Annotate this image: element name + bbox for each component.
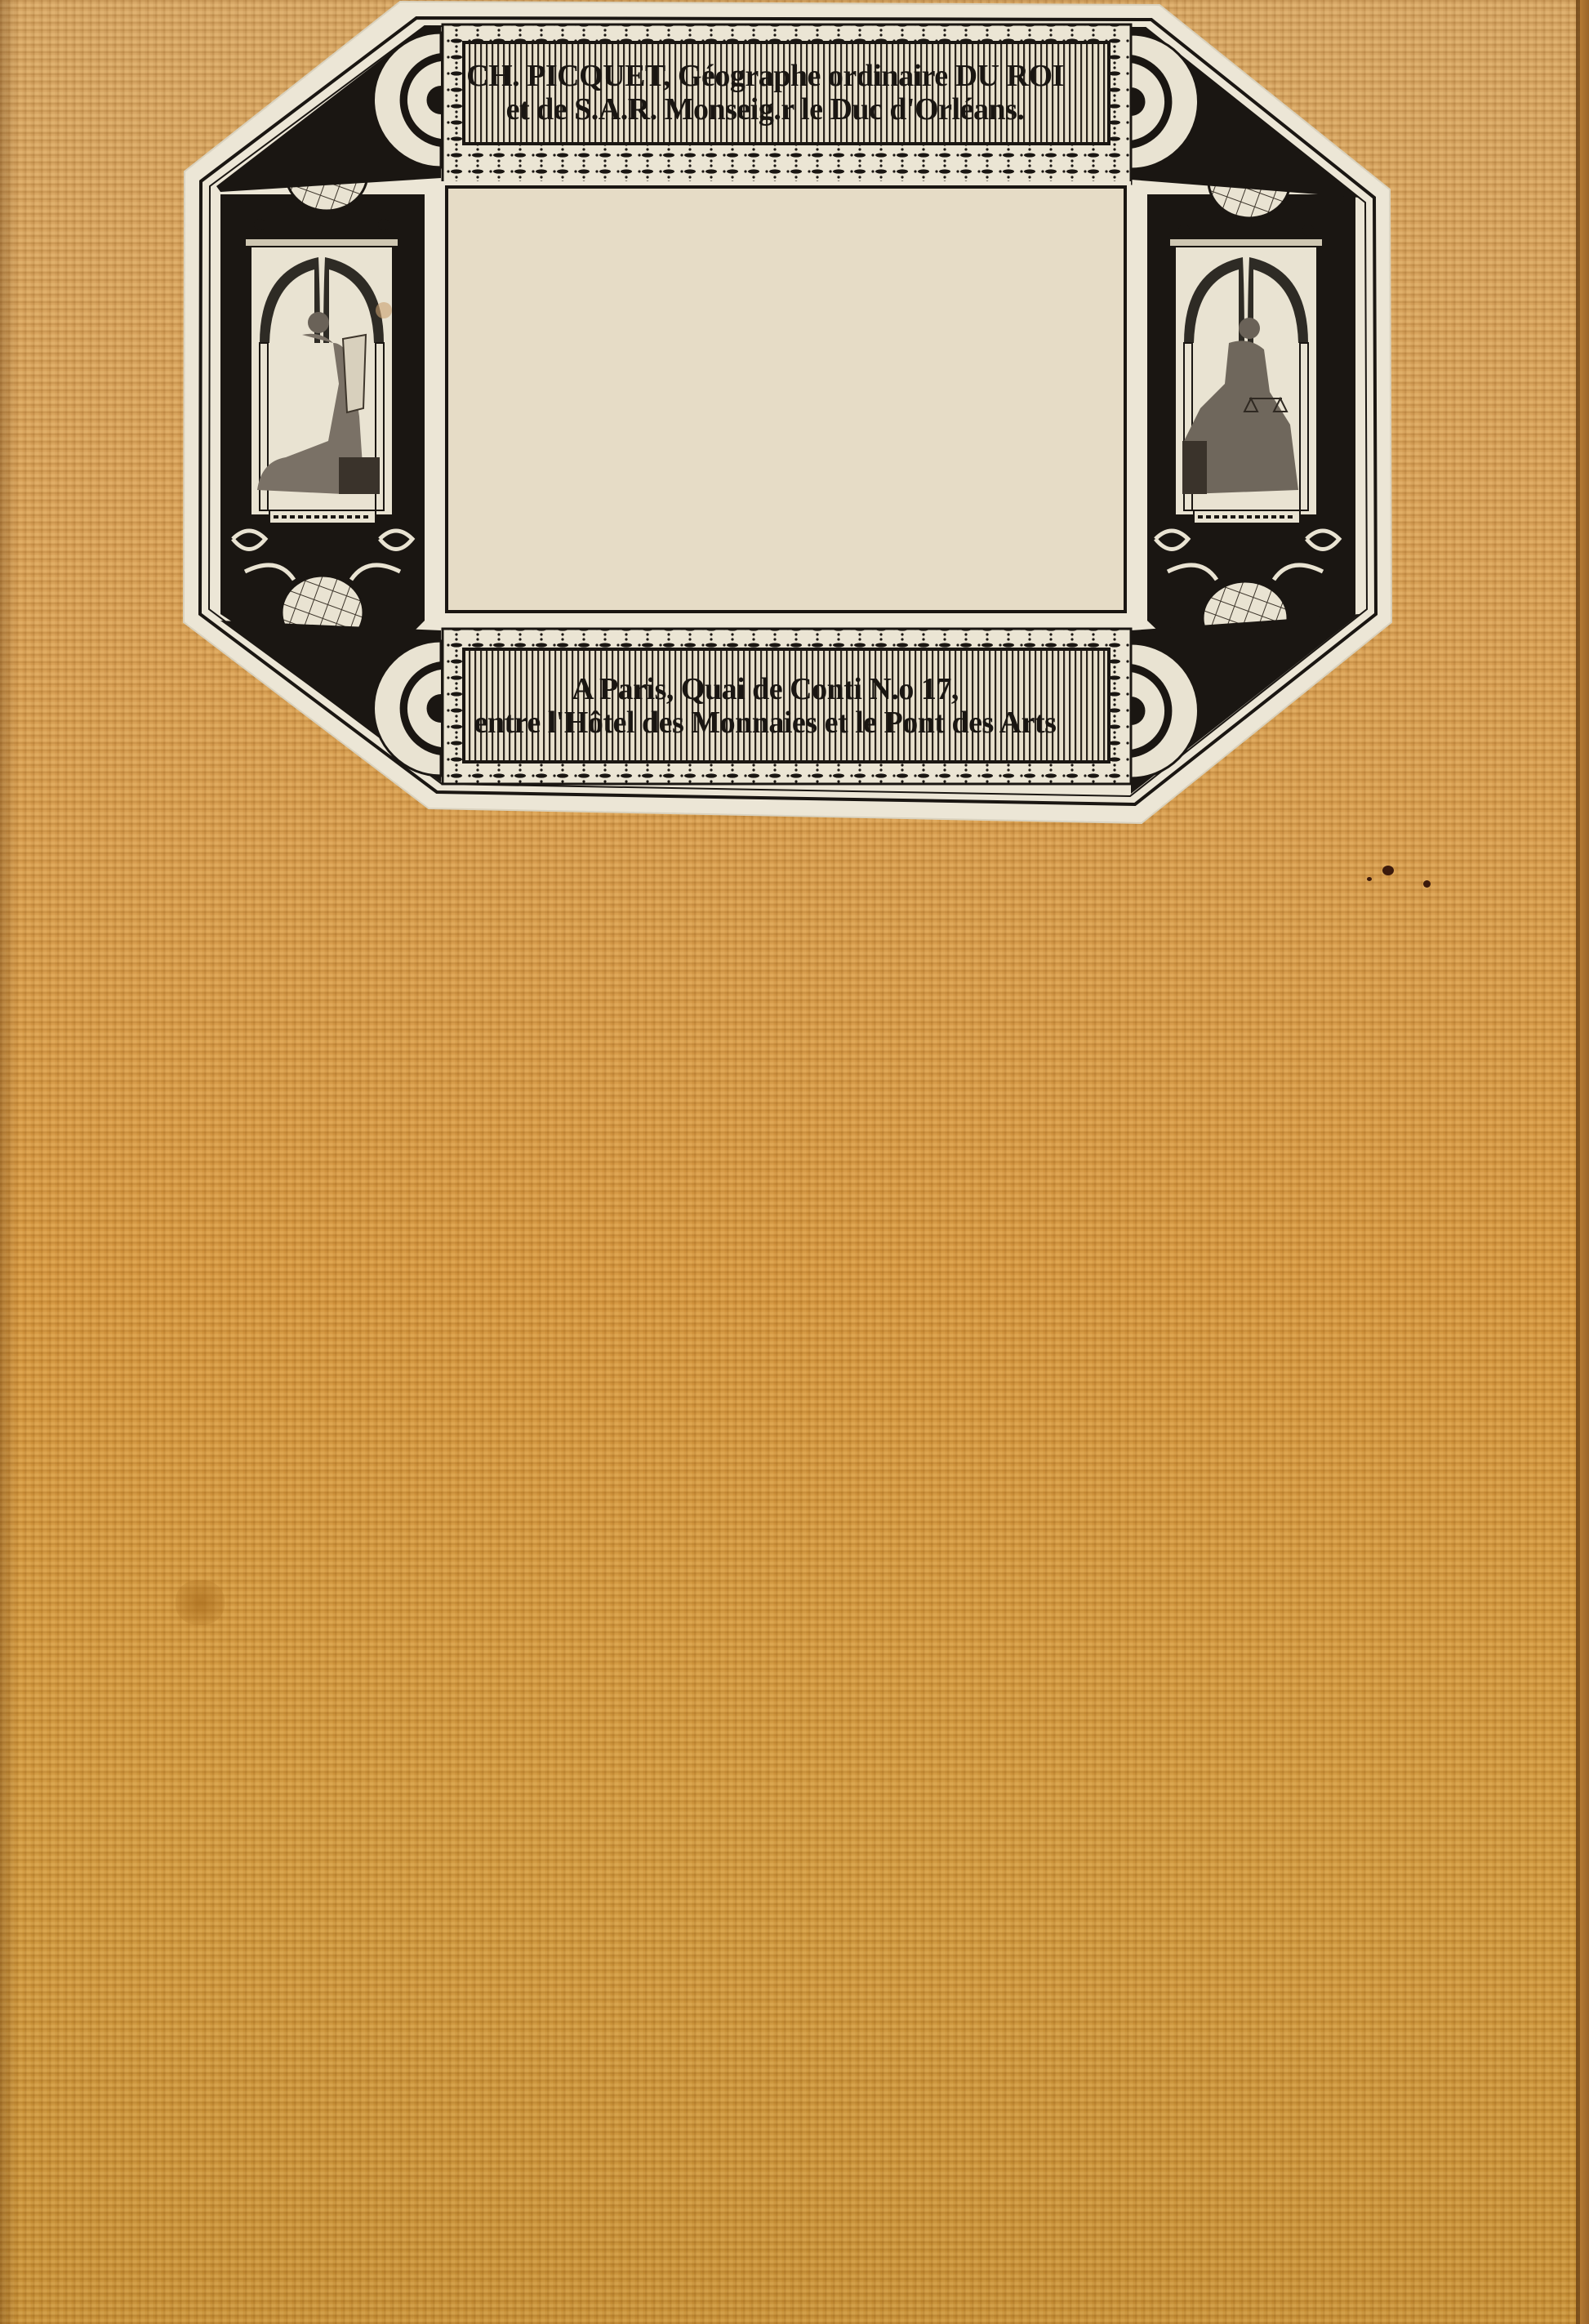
publisher-name-text: CH. PICQUET, Géographe ordinaire DU ROI …	[467, 45, 1063, 141]
cloth-spot	[1367, 877, 1372, 881]
right-ornament-panel	[1147, 145, 1355, 698]
cloth-spot	[1382, 866, 1394, 875]
rosette-corner-bottom-right	[1131, 614, 1360, 794]
publisher-line-2: et de S.A.R. Monseig.r le Duc d'Orléans.	[506, 93, 1025, 127]
publisher-label: CH. PICQUET, Géographe ordinaire DU ROI …	[0, 0, 1589, 833]
publisher-line-1: CH. PICQUET, Géographe ordinaire DU ROI	[466, 60, 1064, 93]
publisher-address-text: A Paris, Quai de Conti N.o 17, entre l'H…	[467, 653, 1063, 759]
address-line-2: entre l'Hôtel des Monnaies et le Pont de…	[474, 706, 1057, 740]
left-ornament-panel	[220, 137, 425, 698]
rosette-corner-top-left	[216, 26, 441, 192]
label-blank-title-area	[447, 185, 1127, 610]
address-line-1: A Paris, Quai de Conti N.o 17,	[572, 673, 959, 706]
rosette-corner-top-right	[1131, 28, 1360, 198]
cloth-spot	[1423, 880, 1431, 888]
cloth-stain	[176, 1580, 225, 1625]
